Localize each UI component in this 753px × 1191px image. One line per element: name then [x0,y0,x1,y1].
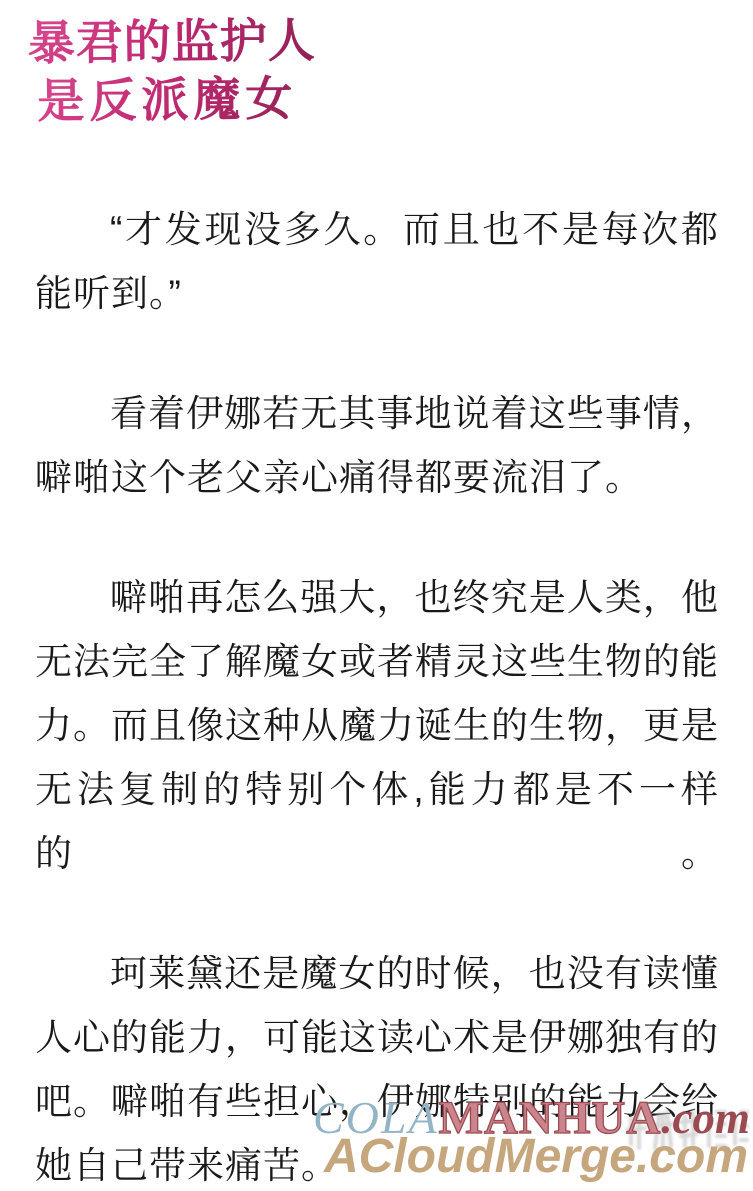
text-line: 无法复制的特别个体,能力都是不一样的。 [35,758,719,886]
text-line: 人心的能力，可能这读心术是伊娜独有的 [35,1006,719,1070]
text-line: 力。而且像这种从魔力诞生的生物，更是 [35,694,719,758]
watermark-acloudmerge: ACloudMerge.com [324,1131,748,1183]
text-line: “才发现没多久。而且也不是每次都 [35,198,719,262]
text-line: 珂莱黛还是魔女的时候，也没有读懂 [35,942,719,1006]
text-line: 无法完全了解魔女或者精灵这些生物的能 [35,630,719,694]
text-line: 看着伊娜若无其事地说着这些事情， [35,382,719,446]
story-text: “才发现没多久。而且也不是每次都能听到。”看着伊娜若无其事地说着这些事情，噼啪这… [35,198,719,1191]
text-line: 噼啪再怎么强大，也终究是人类，他 [35,566,719,630]
paragraph: 噼啪再怎么强大，也终究是人类，他无法完全了解魔女或者精灵这些生物的能力。而且像这… [35,566,719,886]
series-logo-line2: 是反派魔女 [37,70,317,131]
paragraph: 看着伊娜若无其事地说着这些事情，噼啪这个老父亲心痛得都要流泪了。 [35,382,719,510]
series-logo: 暴君的监护人 是反派魔女 [27,12,316,131]
series-logo-line1: 暴君的监护人 [27,12,316,73]
text-line: 噼啪这个老父亲心痛得都要流泪了。 [35,446,719,510]
text-line: 能听到。” [35,262,719,326]
paragraph: “才发现没多久。而且也不是每次都能听到。” [35,198,719,326]
